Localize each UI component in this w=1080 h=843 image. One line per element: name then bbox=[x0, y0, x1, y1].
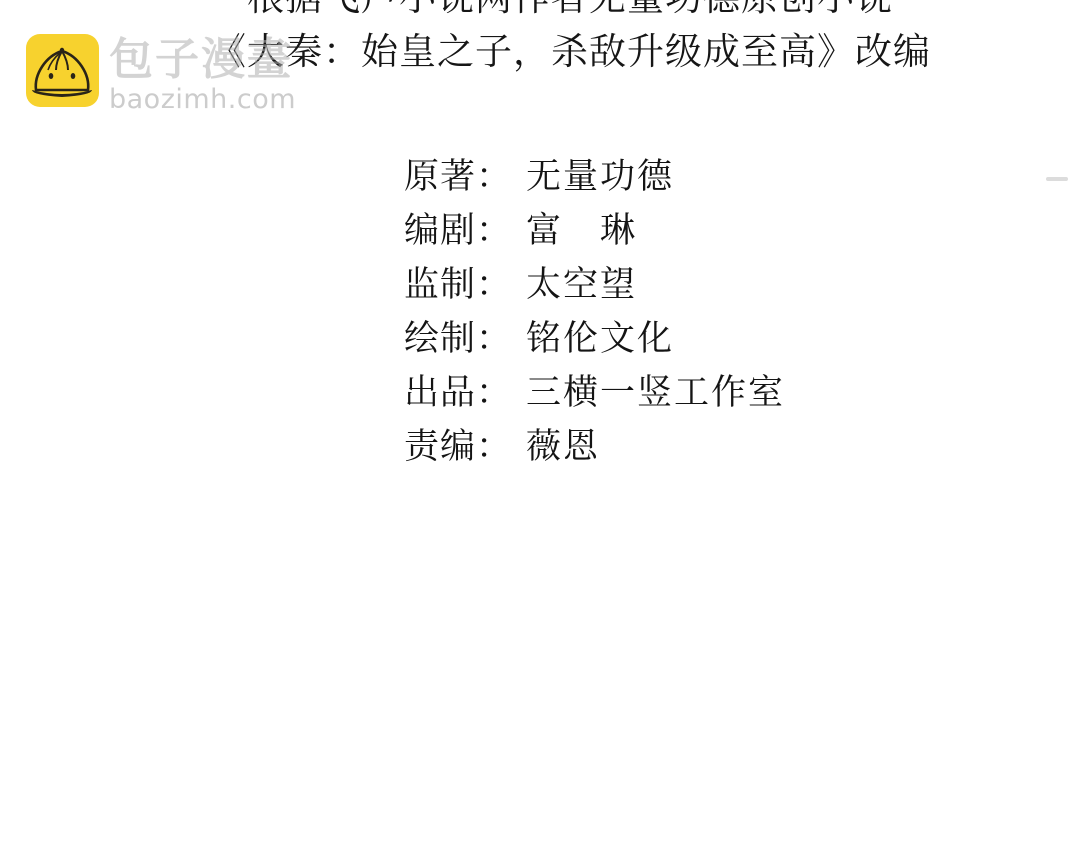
credit-role: 监制： bbox=[404, 258, 526, 312]
edge-mark bbox=[1046, 177, 1068, 181]
adaptation-source-line: 根据飞卢小说网作者无量功德原创小说 bbox=[30, 0, 1080, 20]
watermark-url: baozimh.com bbox=[109, 86, 296, 114]
credits-list: 原著： 无量功德 编剧： 富 琳 监制： 太空望 绘制： 铭伦文化 出品： 三横… bbox=[404, 150, 785, 474]
credit-role: 编剧： bbox=[404, 204, 526, 258]
credit-row-publisher: 出品： 三横一竖工作室 bbox=[404, 366, 785, 420]
credit-role: 责编： bbox=[404, 420, 526, 474]
credit-row-producer: 监制： 太空望 bbox=[404, 258, 785, 312]
credit-value: 三横一竖工作室 bbox=[526, 366, 785, 420]
credit-value: 薇恩 bbox=[526, 420, 600, 474]
credit-role: 绘制： bbox=[404, 312, 526, 366]
credit-value: 无量功德 bbox=[526, 150, 674, 204]
credit-row-screenwriter: 编剧： 富 琳 bbox=[404, 204, 785, 258]
credit-row-illustration: 绘制： 铭伦文化 bbox=[404, 312, 785, 366]
credit-role: 原著： bbox=[404, 150, 526, 204]
credit-row-original-author: 原著： 无量功德 bbox=[404, 150, 785, 204]
adaptation-title-line: 《大秦：始皇之子，杀敌升级成至高》改编 bbox=[30, 30, 1080, 74]
credit-role: 出品： bbox=[404, 366, 526, 420]
credit-value: 富 琳 bbox=[526, 204, 637, 258]
credit-value: 铭伦文化 bbox=[526, 312, 674, 366]
credit-row-editor: 责编： 薇恩 bbox=[404, 420, 785, 474]
credit-value: 太空望 bbox=[526, 258, 637, 312]
